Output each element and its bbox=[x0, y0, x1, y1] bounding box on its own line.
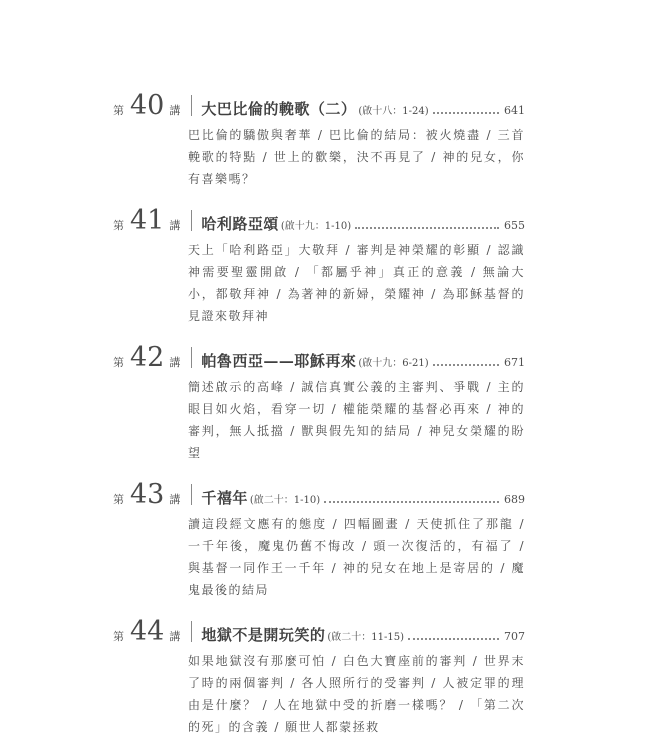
page-number: 689 bbox=[504, 493, 525, 506]
chapter-prefix: 第 bbox=[113, 102, 125, 118]
entry-header: 第 43 講 千禧年 (啟二十：1-10) 689 bbox=[113, 481, 525, 508]
vertical-divider bbox=[191, 347, 192, 368]
scripture-reference: (啟二十：1-10) bbox=[250, 491, 320, 506]
title-line: 千禧年 (啟二十：1-10) 689 bbox=[201, 487, 525, 508]
entry-description: 巴比倫的驕傲與奢華 / 巴比倫的結局：被火燒盡 / 三首輓歌的特點 / 世上的歡… bbox=[188, 124, 525, 190]
lecture-number: 第 41 講 bbox=[113, 207, 181, 234]
page-number: 707 bbox=[504, 630, 525, 643]
chapter-suffix: 講 bbox=[169, 102, 181, 118]
entry-description: 天上「哈利路亞」大敬拜 / 審判是神榮耀的彰顯 / 認識神需要聖靈開啟 / 「都… bbox=[188, 239, 525, 327]
entry-title: 哈利路亞頌 bbox=[201, 213, 279, 234]
dot-leader bbox=[408, 638, 499, 640]
page-number: 655 bbox=[504, 219, 525, 232]
chapter-number: 41 bbox=[130, 207, 164, 234]
chapter-number: 44 bbox=[130, 618, 164, 645]
chapter-suffix: 講 bbox=[169, 354, 181, 370]
entry-title: 大巴比倫的輓歌（二） bbox=[201, 98, 356, 119]
dot-leader bbox=[324, 501, 499, 503]
book-toc-page: 第 40 講 大巴比倫的輓歌（二） (啟十八：1-24) 641 巴比倫的驕傲與… bbox=[0, 0, 650, 750]
entry-description: 讀這段經文應有的態度 / 四幅圖畫 / 天使抓住了那龍 / 一千年後，魔鬼仍舊不… bbox=[188, 513, 525, 601]
scripture-reference: (啟十八：1-24) bbox=[358, 102, 428, 117]
entry-description: 簡述啟示的高峰 / 誠信真實公義的主審判、爭戰 / 主的眼目如火焰，看穿一切 /… bbox=[188, 376, 525, 464]
table-of-contents: 第 40 講 大巴比倫的輓歌（二） (啟十八：1-24) 641 巴比倫的驕傲與… bbox=[113, 92, 525, 750]
lecture-number: 第 40 講 bbox=[113, 92, 181, 119]
chapter-suffix: 講 bbox=[169, 628, 181, 644]
toc-entry-40: 第 40 講 大巴比倫的輓歌（二） (啟十八：1-24) 641 巴比倫的驕傲與… bbox=[113, 92, 525, 190]
title-line: 帕魯西亞——耶穌再來 (啟十九：6-21) 671 bbox=[201, 350, 525, 371]
dot-leader bbox=[433, 112, 499, 114]
entry-header: 第 41 講 哈利路亞頌 (啟十九：1-10) 655 bbox=[113, 207, 525, 234]
lecture-number: 第 42 講 bbox=[113, 344, 181, 371]
chapter-prefix: 第 bbox=[113, 628, 125, 644]
toc-entry-43: 第 43 講 千禧年 (啟二十：1-10) 689 讀這段經文應有的態度 / 四… bbox=[113, 481, 525, 601]
page-number: 641 bbox=[504, 104, 525, 117]
title-line: 哈利路亞頌 (啟十九：1-10) 655 bbox=[201, 213, 525, 234]
vertical-divider bbox=[191, 621, 192, 642]
page-number: 671 bbox=[504, 356, 525, 369]
scripture-reference: (啟十九：1-10) bbox=[281, 217, 351, 232]
entry-title: 地獄不是開玩笑的 bbox=[201, 624, 325, 645]
chapter-prefix: 第 bbox=[113, 217, 125, 233]
title-line: 大巴比倫的輓歌（二） (啟十八：1-24) 641 bbox=[201, 98, 525, 119]
toc-entry-41: 第 41 講 哈利路亞頌 (啟十九：1-10) 655 天上「哈利路亞」大敬拜 … bbox=[113, 207, 525, 327]
chapter-suffix: 講 bbox=[169, 217, 181, 233]
dot-leader bbox=[355, 227, 499, 229]
lecture-number: 第 44 講 bbox=[113, 618, 181, 645]
chapter-prefix: 第 bbox=[113, 354, 125, 370]
vertical-divider bbox=[191, 95, 192, 116]
entry-header: 第 44 講 地獄不是開玩笑的 (啟二十：11-15) 707 bbox=[113, 618, 525, 645]
entry-title: 千禧年 bbox=[201, 487, 248, 508]
entry-title: 帕魯西亞——耶穌再來 bbox=[201, 350, 356, 371]
chapter-prefix: 第 bbox=[113, 491, 125, 507]
vertical-divider bbox=[191, 210, 192, 231]
entry-header: 第 40 講 大巴比倫的輓歌（二） (啟十八：1-24) 641 bbox=[113, 92, 525, 119]
dot-leader bbox=[433, 364, 499, 366]
entry-header: 第 42 講 帕魯西亞——耶穌再來 (啟十九：6-21) 671 bbox=[113, 344, 525, 371]
chapter-number: 43 bbox=[130, 481, 164, 508]
lecture-number: 第 43 講 bbox=[113, 481, 181, 508]
toc-entry-42: 第 42 講 帕魯西亞——耶穌再來 (啟十九：6-21) 671 簡述啟示的高峰… bbox=[113, 344, 525, 464]
chapter-suffix: 講 bbox=[169, 491, 181, 507]
chapter-number: 40 bbox=[130, 92, 164, 119]
vertical-divider bbox=[191, 484, 192, 505]
chapter-number: 42 bbox=[130, 344, 164, 371]
toc-entry-44: 第 44 講 地獄不是開玩笑的 (啟二十：11-15) 707 如果地獄沒有那麼… bbox=[113, 618, 525, 738]
scripture-reference: (啟十九：6-21) bbox=[358, 354, 428, 369]
title-line: 地獄不是開玩笑的 (啟二十：11-15) 707 bbox=[201, 624, 525, 645]
entry-description: 如果地獄沒有那麼可怕 / 白色大寶座前的審判 / 世界末了時的兩個審判 / 各人… bbox=[188, 650, 525, 738]
scripture-reference: (啟二十：11-15) bbox=[327, 628, 404, 643]
